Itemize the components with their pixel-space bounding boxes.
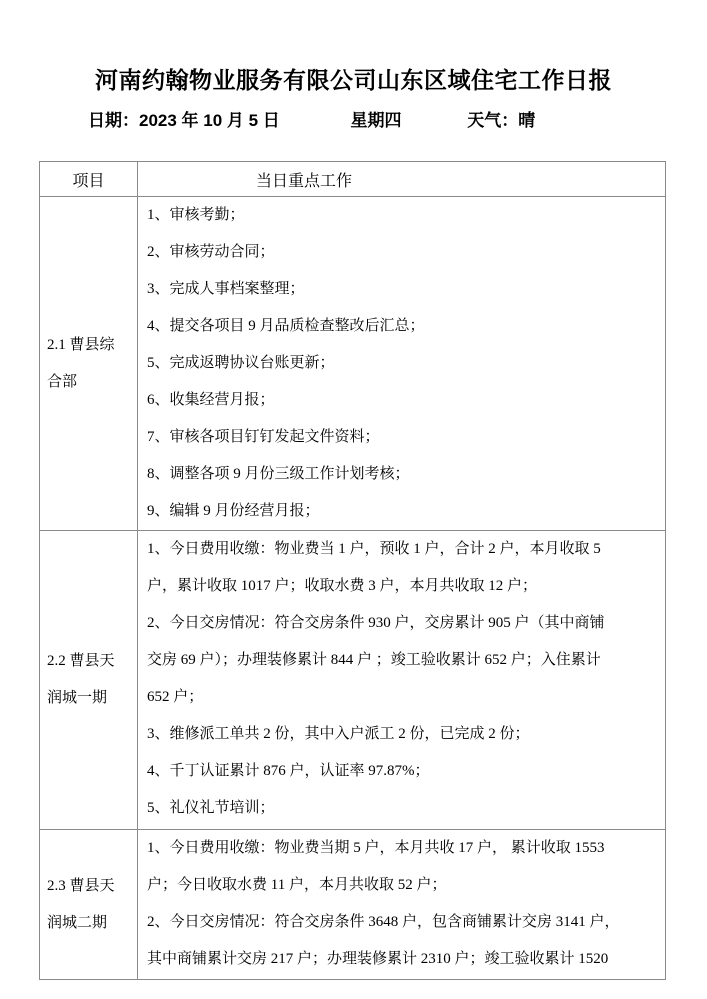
table-row-tianrun-phase1: 2.2 曹县天 润城一期 1、今日费用收缴：物业费当 1 户，预收 1 户，合计… <box>40 531 666 830</box>
meta-line: 日期：2023 年 10 月 5 日 星期四 天气：晴 <box>88 108 535 134</box>
work-item: 1、今日费用收缴：物业费当期 5 户，本月共收 17 户， 累计收取 1553 … <box>147 830 657 904</box>
row-label-tianrun-phase2: 2.3 曹县天 润城二期 <box>40 830 138 980</box>
work-item: 8、调整各项 9 月份三级工作计划考核； <box>147 456 657 493</box>
column-header-work: 当日重点工作 <box>138 162 666 197</box>
work-item: 3、维修派工单共 2 份，其中入户派工 2 份，已完成 2 份； <box>147 716 657 753</box>
work-item: 1、审核考勤； <box>147 197 657 234</box>
work-item: 9、编辑 9 月份经营月报； <box>147 493 657 530</box>
work-cell: 1、今日费用收缴：物业费当 1 户，预收 1 户，合计 2 户，本月收取 5 户… <box>138 531 666 830</box>
work-cell: 1、审核考勤； 2、审核劳动合同； 3、完成人事档案整理； 4、提交各项目 9 … <box>138 197 666 531</box>
date-label: 日期：2023 年 10 月 5 日 <box>88 111 280 130</box>
work-item: 6、收集经营月报； <box>147 382 657 419</box>
document-page: 河南约翰物业服务有限公司山东区域住宅工作日报 日期：2023 年 10 月 5 … <box>0 0 707 999</box>
table-header-row: 项目 当日重点工作 <box>40 162 666 197</box>
work-item: 3、完成人事档案整理； <box>147 271 657 308</box>
row-label-caoxian-zonghebu: 2.1 曹县综 合部 <box>40 197 138 531</box>
daily-report-table: 项目 当日重点工作 2.1 曹县综 合部 1、审核考勤； 2、审核劳动合同； 3… <box>39 161 666 980</box>
table-row-caoxian-zonghebu: 2.1 曹县综 合部 1、审核考勤； 2、审核劳动合同； 3、完成人事档案整理；… <box>40 197 666 531</box>
row-label-tianrun-phase1: 2.2 曹县天 润城一期 <box>40 531 138 830</box>
column-header-project: 项目 <box>40 162 138 197</box>
page-title: 河南约翰物业服务有限公司山东区域住宅工作日报 <box>0 63 707 97</box>
work-item: 4、提交各项目 9 月品质检查整改后汇总； <box>147 308 657 345</box>
work-item: 1、今日费用收缴：物业费当 1 户，预收 1 户，合计 2 户，本月收取 5 户… <box>147 531 657 605</box>
work-item: 7、审核各项目钉钉发起文件资料； <box>147 419 657 456</box>
work-item: 2、今日交房情况：符合交房条件 3648 户，包含商铺累计交房 3141 户， … <box>147 904 657 978</box>
work-item: 5、礼仪礼节培训； <box>147 790 657 827</box>
work-item: 4、千丁认证累计 876 户，认证率 97.87%； <box>147 753 657 790</box>
work-cell: 1、今日费用收缴：物业费当期 5 户，本月共收 17 户， 累计收取 1553 … <box>138 830 666 980</box>
work-item: 2、审核劳动合同； <box>147 234 657 271</box>
work-item: 2、今日交房情况：符合交房条件 930 户，交房累计 905 户（其中商铺 交房… <box>147 605 657 716</box>
table-row-tianrun-phase2: 2.3 曹县天 润城二期 1、今日费用收缴：物业费当期 5 户，本月共收 17 … <box>40 830 666 980</box>
work-item: 5、完成返聘协议台账更新； <box>147 345 657 382</box>
weather-label: 天气：晴 <box>467 111 535 130</box>
weekday-label: 星期四 <box>351 111 402 130</box>
